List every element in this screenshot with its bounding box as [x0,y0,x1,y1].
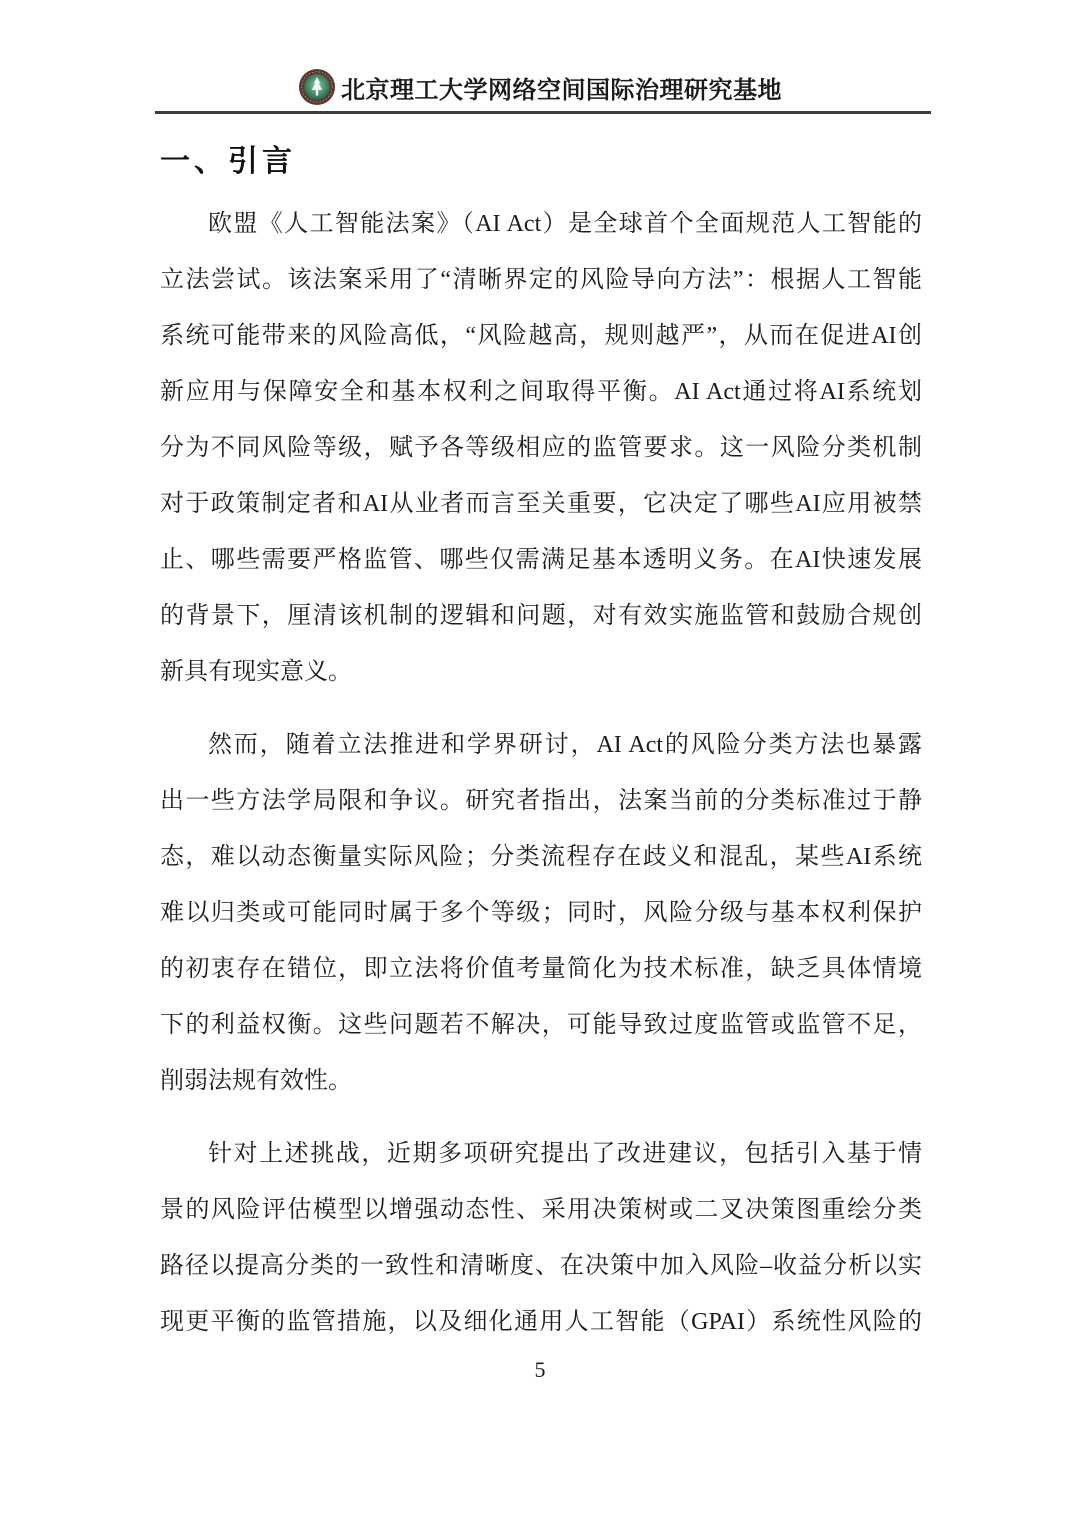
text-line: 现更平衡的监管措施，以及细化通用人工智能（GPAI）系统性风险的 [160,1294,922,1350]
text-line: 新具有现实意义。 [160,644,922,700]
text-line: 新应用与保障安全和基本权利之间取得平衡。AI Act通过将AI系统划 [160,364,922,420]
text-line: 对于政策制定者和AI从业者而言至关重要，它决定了哪些AI应用被禁 [160,476,922,532]
text-line: 针对上述挑战，近期多项研究提出了改进建议，包括引入基于情 [160,1126,922,1182]
text-line: 路径以提高分类的一致性和清晰度、在决策中加入风险–收益分析以实 [160,1238,922,1294]
text-line: 难以归类或可能同时属于多个等级；同时，风险分级与基本权利保护 [160,885,922,941]
text-line: 的背景下，厘清该机制的逻辑和问题，对有效实施监管和鼓励合规创 [160,588,922,644]
page-number: 5 [0,1356,1080,1384]
text-line: 态，难以动态衡量实际风险；分类流程存在歧义和混乱，某些AI系统 [160,829,922,885]
paragraphs: 欧盟《人工智能法案》（AI Act）是全球首个全面规范人工智能的立法尝试。该法案… [160,196,922,1350]
text-line: 下的利益权衡。这些问题若不解决，可能导致过度监管或监管不足， [160,997,922,1053]
org-name: 北京理工大学网络空间国际治理研究基地 [341,70,782,105]
text-line: 的初衷存在错位，即立法将价值考量简化为技术标准，缺乏具体情境 [160,941,922,997]
text-line: 分为不同风险等级，赋予各等级相应的监管要求。这一风险分类机制 [160,420,922,476]
text-line: 立法尝试。该法案采用了“清晰界定的风险导向方法”：根据人工智能 [160,252,922,308]
text-line: 出一些方法学局限和争议。研究者指出，法案当前的分类标准过于静 [160,773,922,829]
page-header: 北京理工大学网络空间国际治理研究基地 [0,68,1080,106]
text-line: 削弱法规有效性。 [160,1053,922,1109]
header-divider [155,111,931,114]
text-line: 景的风险评估模型以增强动态性、采用决策树或二叉决策图重绘分类 [160,1182,922,1238]
text-line: 欧盟《人工智能法案》（AI Act）是全球首个全面规范人工智能的 [160,196,922,252]
paragraph: 欧盟《人工智能法案》（AI Act）是全球首个全面规范人工智能的立法尝试。该法案… [160,196,922,700]
paragraph: 然而，随着立法推进和学界研讨，AI Act的风险分类方法也暴露出一些方法学局限和… [160,717,922,1109]
text-line: 系统可能带来的风险高低，“风险越高，规则越严”，从而在促进AI创 [160,308,922,364]
text-line: 止、哪些需要严格监管、哪些仅需满足基本透明义务。在AI快速发展 [160,532,922,588]
document-body: 一、引言 欧盟《人工智能法案》（AI Act）是全球首个全面规范人工智能的立法尝… [160,143,922,1367]
bit-seal-icon [298,68,336,106]
document-page: 北京理工大学网络空间国际治理研究基地 一、引言 欧盟《人工智能法案》（AI Ac… [0,0,1080,1527]
paragraph: 针对上述挑战，近期多项研究提出了改进建议，包括引入基于情景的风险评估模型以增强动… [160,1126,922,1350]
text-line: 然而，随着立法推进和学界研讨，AI Act的风险分类方法也暴露 [160,717,922,773]
section-heading: 一、引言 [160,143,922,181]
